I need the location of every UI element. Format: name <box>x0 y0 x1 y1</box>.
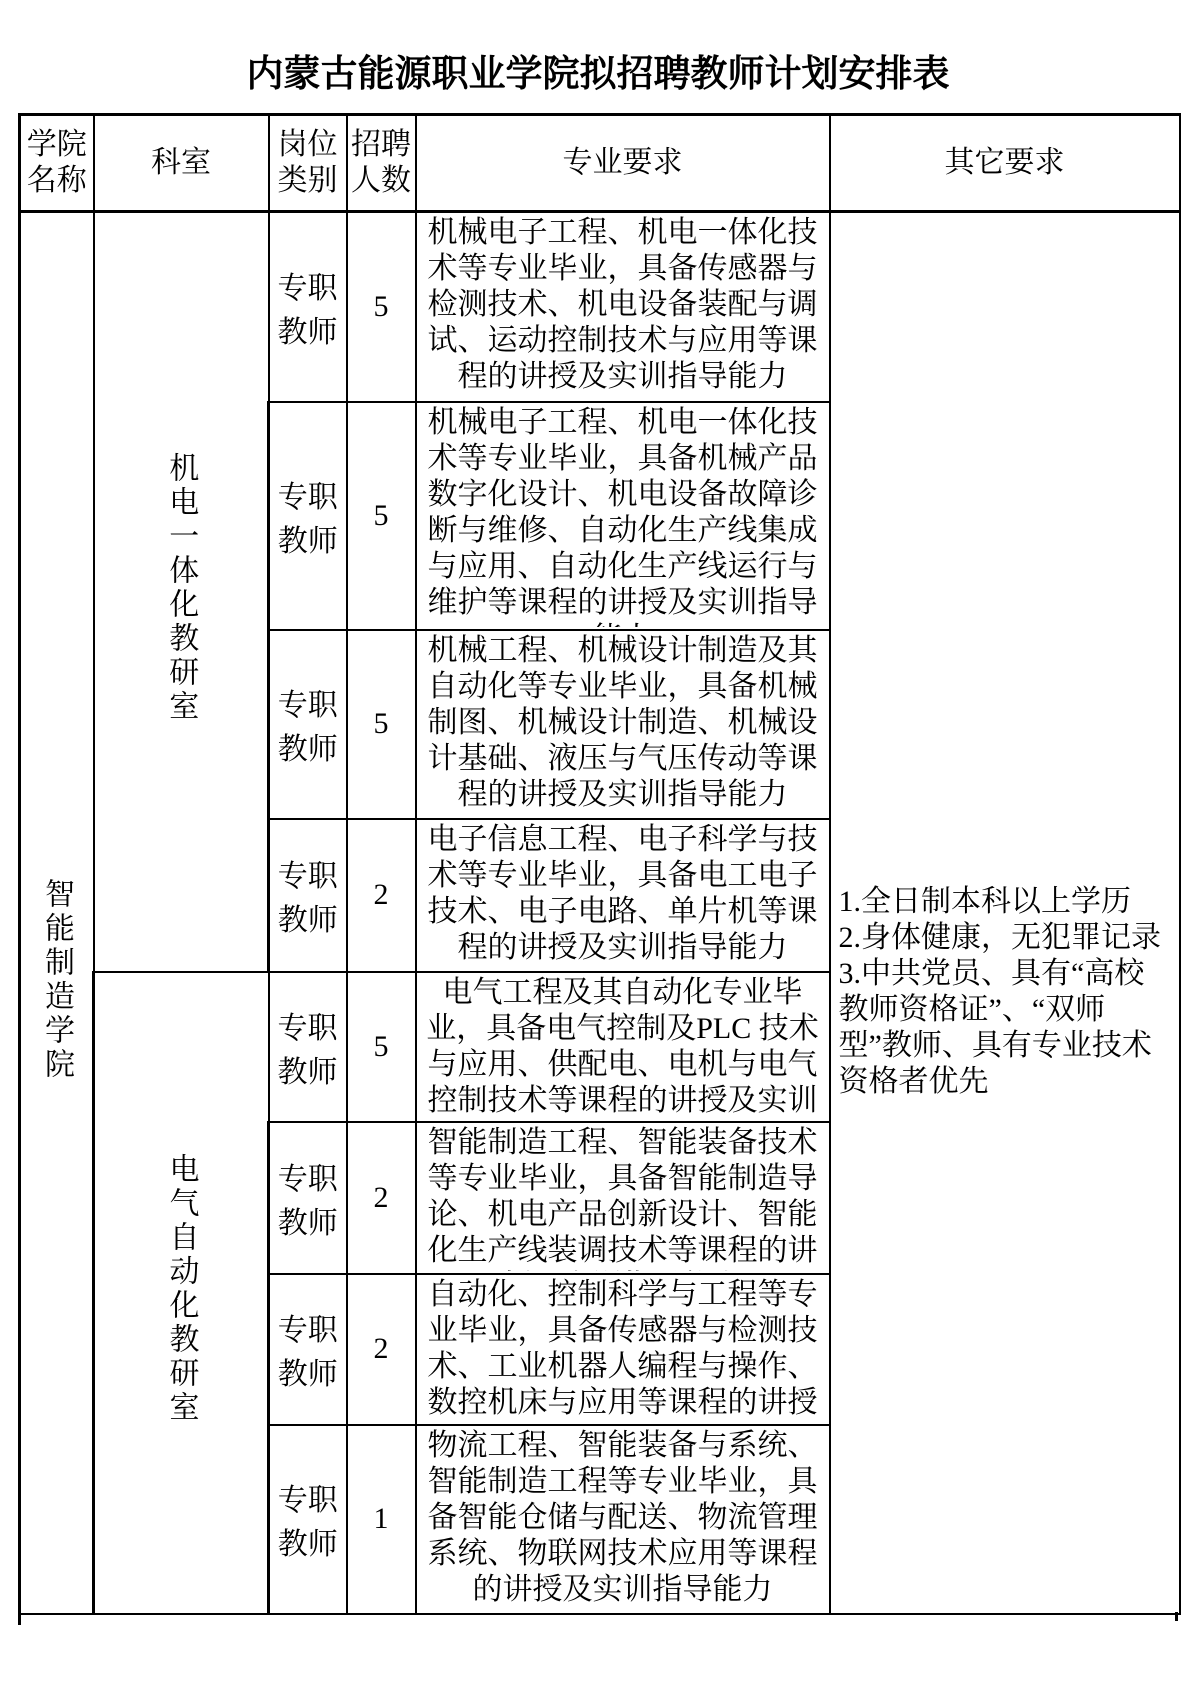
headcount-cell: 1 <box>347 1425 416 1614</box>
position-type-cell: 专职教师 <box>269 212 347 402</box>
headcount-cell: 5 <box>347 402 416 630</box>
header-row: 学院名称 科室 岗位类别 招聘人数 专业要求 其它要求 <box>20 115 1180 212</box>
table-row: 智能制造学院 机电一体化教研室 专职教师 5 机械电子工程、机电一体化技术等专业… <box>20 212 1180 402</box>
headcount-cell: 5 <box>347 630 416 819</box>
other-requirement-cell: 1.全日制本科以上学历 2.身体健康，无犯罪记录 3.中共党员、具有“高校教师资… <box>830 212 1180 1614</box>
major-requirement-text: 智能制造工程、智能装备技术等专业毕业，具备智能制造导论、机电产品创新设计、智能化… <box>417 1125 829 1271</box>
right-border-continuation <box>1175 1612 1178 1621</box>
position-type-cell: 专职教师 <box>269 1274 347 1425</box>
headcount-cell: 5 <box>347 212 416 402</box>
left-border-continuation <box>18 1612 21 1625</box>
position-type-cell: 专职教师 <box>269 1122 347 1274</box>
major-requirement-cell: 电子信息工程、电子科学与技术等专业毕业，具备电工电子技术、电子电路、单片机等课程… <box>416 819 830 972</box>
position-type-cell: 专职教师 <box>269 819 347 972</box>
header-position-type: 岗位类别 <box>269 115 347 212</box>
major-requirement-text: 机械电子工程、机电一体化技术等专业毕业，具备机械产品数字化设计、机电设备故障诊断… <box>417 405 829 627</box>
header-headcount: 招聘人数 <box>347 115 416 212</box>
major-requirement-cell: 智能制造工程、智能装备技术等专业毕业，具备智能制造导论、机电产品创新设计、智能化… <box>416 1122 830 1274</box>
page-title: 内蒙古能源职业学院拟招聘教师计划安排表 <box>18 52 1178 98</box>
major-requirement-text: 自动化、控制科学与工程等专业毕业，具备传感器与检测技术、工业机器人编程与操作、数… <box>417 1277 829 1422</box>
major-requirement-text: 机械电子工程、机电一体化技术等专业毕业，具备传感器与检测技术、机电设备装配与调试… <box>417 215 829 399</box>
department-name: 电气自动化教研室 <box>165 1153 198 1425</box>
major-requirement-cell: 机械工程、机械设计制造及其自动化等专业毕业，具备机械制图、机械设计制造、机械设计… <box>416 630 830 819</box>
major-requirement-text: 电子信息工程、电子科学与技术等专业毕业，具备电工电子技术、电子电路、单片机等课程… <box>417 822 829 969</box>
position-type-cell: 专职教师 <box>269 402 347 630</box>
header-college: 学院名称 <box>20 115 94 212</box>
header-department: 科室 <box>94 115 269 212</box>
major-requirement-text: 物流工程、智能装备与系统、智能制造工程等专业毕业，具备智能仓储与配送、物流管理系… <box>417 1428 829 1611</box>
major-requirement-text: 电气工程及其自动化专业毕业，具备电气控制及PLC 技术与应用、供配电、电机与电气… <box>417 975 829 1119</box>
position-type-cell: 专职教师 <box>269 630 347 819</box>
major-requirement-cell: 自动化、控制科学与工程等专业毕业，具备传感器与检测技术、工业机器人编程与操作、数… <box>416 1274 830 1425</box>
header-other-requirement: 其它要求 <box>830 115 1180 212</box>
headcount-cell: 2 <box>347 819 416 972</box>
headcount-cell: 5 <box>347 972 416 1122</box>
position-type-cell: 专职教师 <box>269 972 347 1122</box>
headcount-cell: 2 <box>347 1274 416 1425</box>
major-requirement-cell: 机械电子工程、机电一体化技术等专业毕业，具备传感器与检测技术、机电设备装配与调试… <box>416 212 830 402</box>
major-requirement-cell: 物流工程、智能装备与系统、智能制造工程等专业毕业，具备智能仓储与配送、物流管理系… <box>416 1425 830 1614</box>
college-name: 智能制造学院 <box>40 878 73 1082</box>
recruitment-table: 学院名称 科室 岗位类别 招聘人数 专业要求 其它要求 智能制造学院 机电一体化… <box>18 113 1181 1615</box>
department-cell-electrical-automation: 电气自动化教研室 <box>94 972 269 1614</box>
other-requirement-text: 1.全日制本科以上学历 2.身体健康，无犯罪记录 3.中共党员、具有“高校教师资… <box>831 884 1179 1100</box>
college-name-cell: 智能制造学院 <box>20 212 94 1614</box>
major-requirement-cell: 机械电子工程、机电一体化技术等专业毕业，具备机械产品数字化设计、机电设备故障诊断… <box>416 402 830 630</box>
headcount-cell: 2 <box>347 1122 416 1274</box>
position-type-cell: 专职教师 <box>269 1425 347 1614</box>
major-requirement-text: 机械工程、机械设计制造及其自动化等专业毕业，具备机械制图、机械设计制造、机械设计… <box>417 633 829 816</box>
header-major-requirement: 专业要求 <box>416 115 830 212</box>
department-name: 机电一体化教研室 <box>164 452 197 724</box>
document-page: 内蒙古能源职业学院拟招聘教师计划安排表 学院名称 科室 岗位类别 招聘人数 专业… <box>0 0 1200 1696</box>
major-requirement-cell: 电气工程及其自动化专业毕业，具备电气控制及PLC 技术与应用、供配电、电机与电气… <box>416 972 830 1122</box>
department-cell-mechatronics: 机电一体化教研室 <box>94 212 269 972</box>
